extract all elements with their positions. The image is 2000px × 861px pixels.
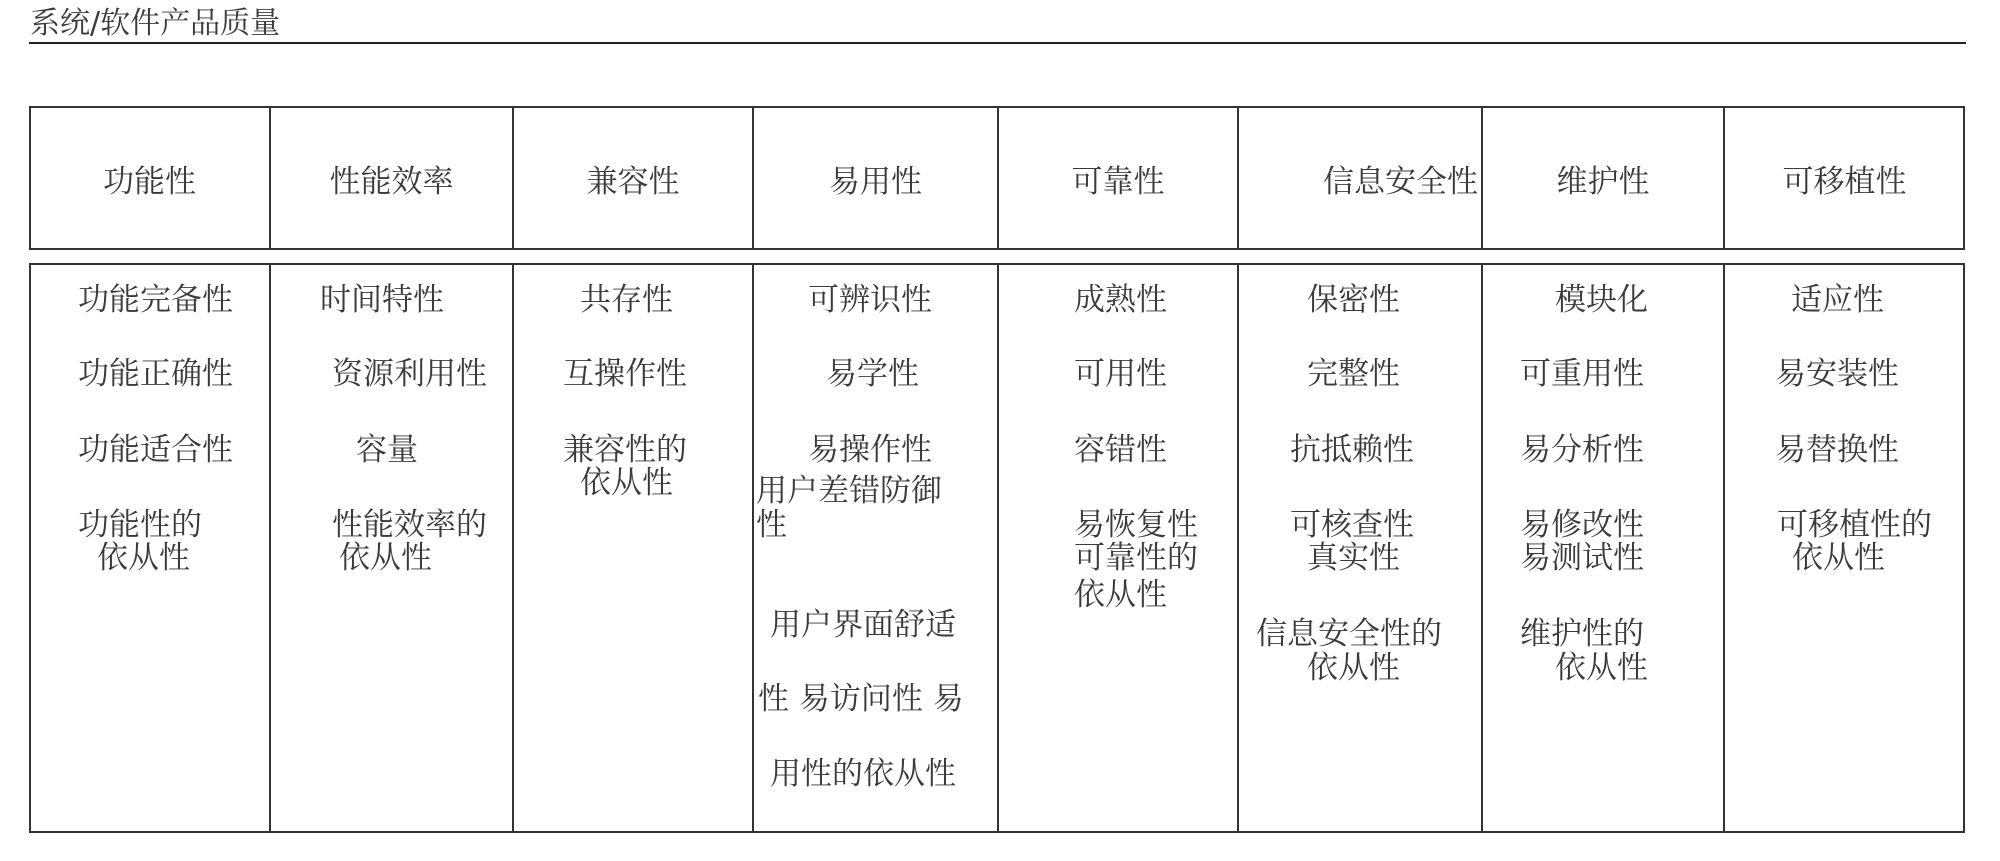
list-item: 可重用性	[1520, 357, 1644, 391]
list-item: 可移植性的	[1777, 508, 1932, 542]
header-reliability: 可靠性	[998, 106, 1238, 250]
list-item: 性能效率的	[332, 508, 487, 542]
list-item: 资源利用性	[332, 357, 487, 391]
list-item: 功能完备性	[78, 283, 233, 317]
list-item: 依从性	[97, 541, 190, 575]
list-item: 用户差错防御	[756, 474, 942, 508]
list-item: 可用性	[1074, 357, 1167, 391]
list-item: 共存性	[580, 283, 673, 317]
document-title: 系统/软件产品质量	[30, 6, 280, 42]
list-item: 性	[756, 508, 787, 542]
list-item: 功能正确性	[78, 357, 233, 391]
list-item: 互操作性	[563, 357, 687, 391]
column-divider	[1723, 263, 1725, 833]
list-item: 依从性	[339, 541, 432, 575]
list-item: 可辨识性	[808, 283, 932, 317]
header-compatibility: 兼容性	[513, 106, 753, 250]
list-item: 易替换性	[1775, 433, 1899, 467]
list-item: 依从性	[1792, 541, 1885, 575]
list-item: 可核查性	[1290, 508, 1414, 542]
list-item: 易学性	[826, 357, 919, 391]
list-item: 完整性	[1307, 357, 1400, 391]
title-underline	[29, 42, 1966, 44]
list-item: 用性的依从性	[770, 757, 956, 791]
list-item: 性 易访问性 易	[758, 682, 964, 716]
list-item: 容量	[356, 433, 418, 467]
list-item: 功能性的	[78, 508, 202, 542]
list-item: 容错性	[1074, 433, 1167, 467]
list-item: 易测试性	[1520, 541, 1644, 575]
list-item: 信息安全性的	[1256, 617, 1442, 651]
list-item: 真实性	[1307, 541, 1400, 575]
list-item: 易操作性	[808, 433, 932, 467]
list-item: 依从性	[1307, 651, 1400, 685]
list-item: 模块化	[1555, 283, 1648, 317]
list-item: 适应性	[1791, 283, 1884, 317]
list-item: 功能适合性	[78, 433, 233, 467]
list-item: 兼容性的	[563, 433, 687, 467]
header-performance-efficiency: 性能效率	[270, 106, 513, 250]
list-item: 成熟性	[1074, 283, 1167, 317]
list-item: 维护性的	[1520, 617, 1644, 651]
list-item: 易分析性	[1520, 433, 1644, 467]
column-divider	[1481, 263, 1483, 833]
header-usability: 易用性	[753, 106, 998, 250]
list-item: 时间特性	[320, 283, 444, 317]
list-item: 依从性	[1074, 578, 1167, 612]
header-portability: 可移植性	[1724, 106, 1965, 250]
column-divider	[512, 263, 514, 833]
list-item: 依从性	[580, 466, 673, 500]
column-divider	[269, 263, 271, 833]
header-security: 信息安全性	[1238, 106, 1482, 250]
list-item: 易安装性	[1775, 357, 1899, 391]
header-functionality: 功能性	[29, 106, 270, 250]
list-item: 依从性	[1555, 651, 1648, 685]
column-divider	[1237, 263, 1239, 833]
list-item: 可靠性的	[1074, 541, 1198, 575]
column-divider	[997, 263, 999, 833]
list-item: 易恢复性	[1074, 508, 1198, 542]
list-item: 用户界面舒适	[770, 608, 956, 642]
list-item: 抗抵赖性	[1290, 433, 1414, 467]
column-divider	[752, 263, 754, 833]
list-item: 保密性	[1307, 283, 1400, 317]
list-item: 易修改性	[1520, 508, 1644, 542]
header-maintainability: 维护性	[1482, 106, 1724, 250]
